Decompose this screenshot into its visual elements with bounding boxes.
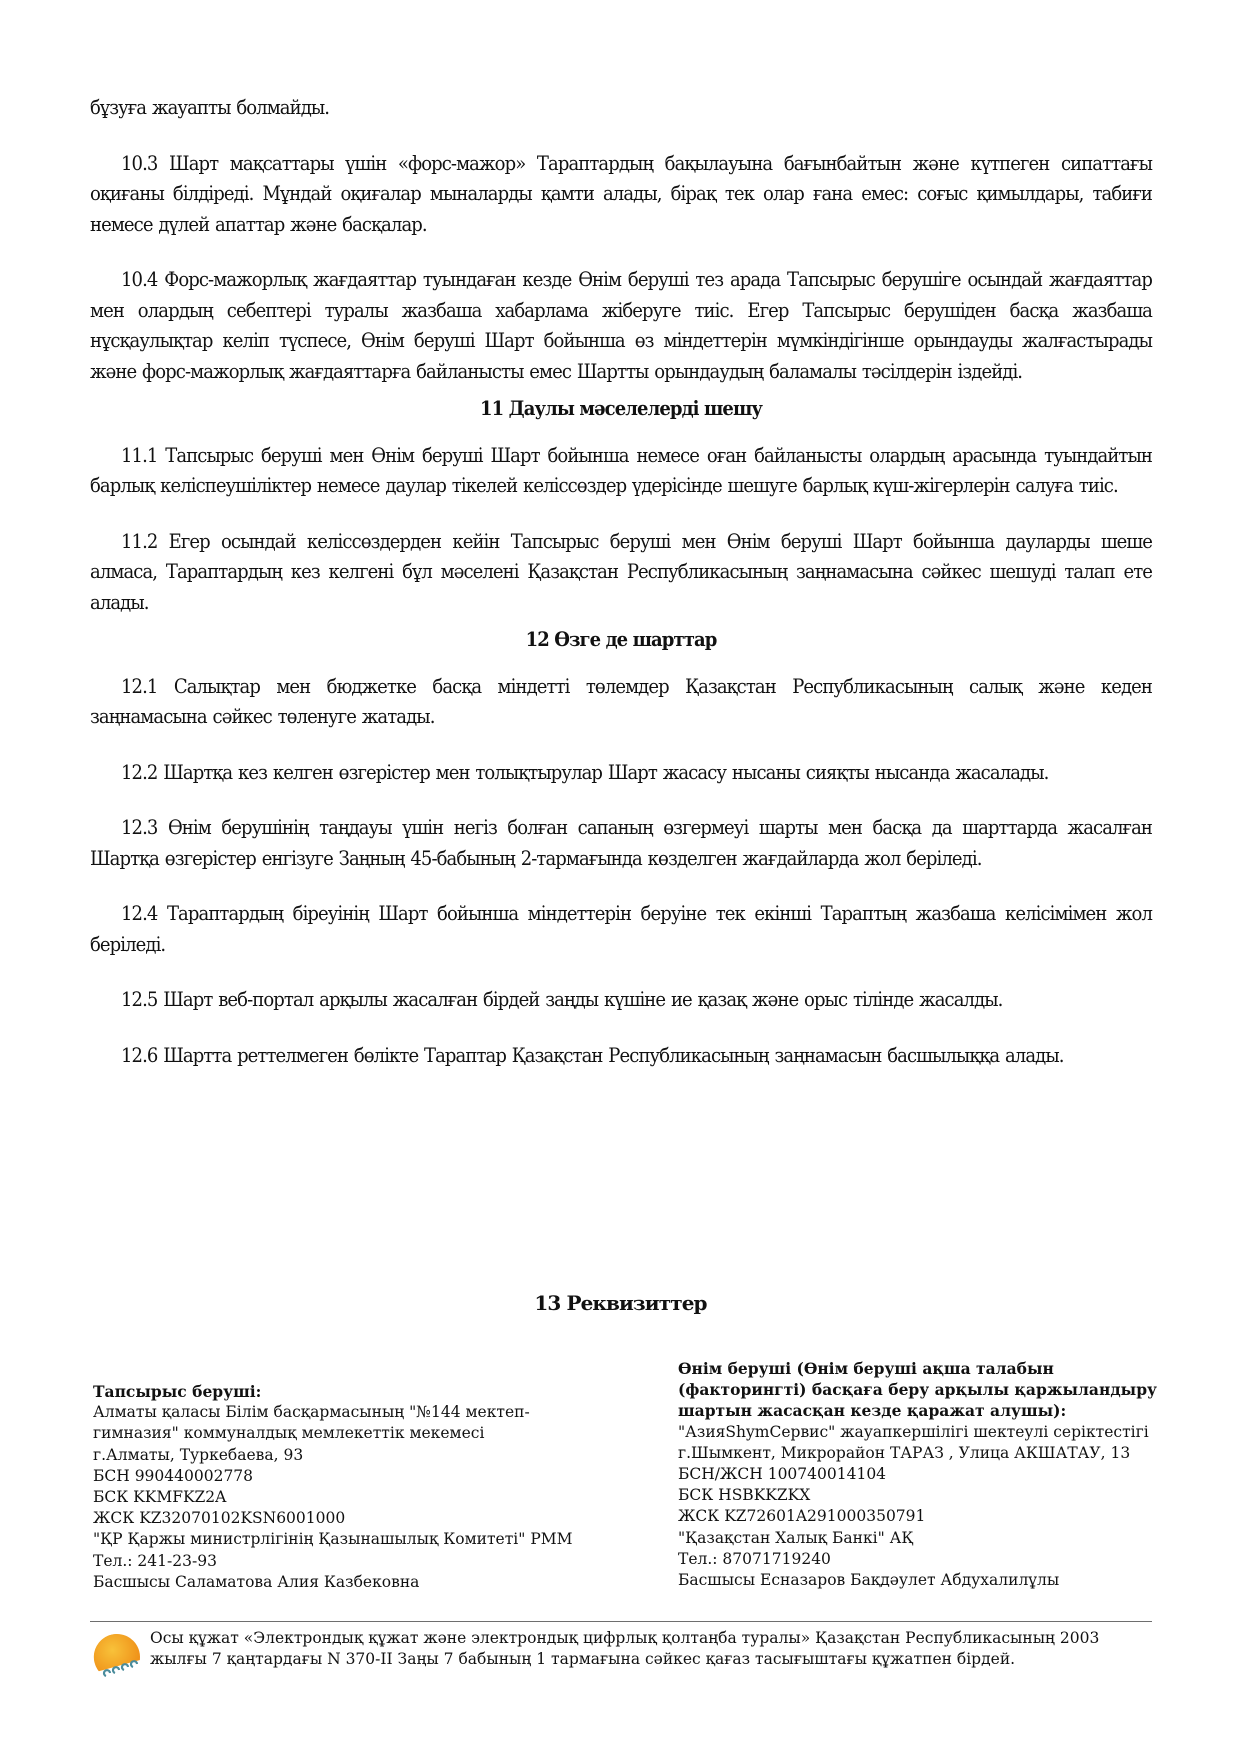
paragraph-12-6: 12.6 Шартта реттелмеген бөлікте Тараптар…: [90, 1040, 1152, 1071]
paragraph-12-5: 12.5 Шарт веб-портал арқылы жасалған бір…: [90, 984, 1152, 1015]
supplier-line: Басшысы Есназаров Бақдәулет Абдухалилұлы: [678, 1570, 1158, 1591]
customer-line: г.Алматы, Туркебаева, 93: [93, 1445, 573, 1466]
paragraph-11-2: 11.2 Егер осындай келіссөздерден кейін Т…: [90, 526, 1152, 618]
document-page: бұзуға жауапты болмайды. 10.3 Шарт мақса…: [0, 0, 1241, 1754]
paragraph-10-4: 10.4 Форс-мажорлық жағдаяттар туындаған …: [90, 264, 1152, 386]
customer-line: ЖСК KZ32070102KSN6001000: [93, 1508, 573, 1529]
supplier-line: "АзияShymСервис" жауапкершілігі шектеулі…: [678, 1422, 1158, 1443]
customer-line: Басшысы Саламатова Алия Казбековна: [93, 1572, 573, 1593]
egov-sun-logo-icon: [92, 1632, 142, 1682]
supplier-line: БСК HSBKKZKX: [678, 1485, 1158, 1506]
paragraph-10-3: 10.3 Шарт мақсаттары үшін «форс-мажор» Т…: [90, 148, 1152, 240]
document-body: бұзуға жауапты болмайды. 10.3 Шарт мақса…: [90, 92, 1152, 1095]
customer-line: Алматы қаласы Білім басқармасының "№144 …: [93, 1402, 573, 1444]
customer-line: "ҚР Қаржы министрлігінің Қазынашылық Ком…: [93, 1529, 573, 1550]
section-heading-11: 11 Даулы мәселелерді шешу: [90, 393, 1152, 424]
customer-label: Тапсырыс беруші:: [93, 1381, 573, 1402]
paragraph-12-2: 12.2 Шартқа кез келген өзгерістер мен то…: [90, 757, 1152, 788]
supplier-line: ЖСК KZ72601A291000350791: [678, 1506, 1158, 1527]
footer-legal-note: Осы құжат «Электрондық құжат және электр…: [150, 1628, 1110, 1670]
supplier-line: БСН/ЖСН 100740014104: [678, 1464, 1158, 1485]
footer-divider: [90, 1621, 1152, 1622]
section-heading-12: 12 Өзге де шарттар: [90, 624, 1152, 655]
customer-line: БСК KKMFKZ2A: [93, 1487, 573, 1508]
supplier-line: Тел.: 87071719240: [678, 1549, 1158, 1570]
paragraph-11-1: 11.1 Тапсырыс беруші мен Өнім беруші Шар…: [90, 440, 1152, 501]
paragraph-12-4: 12.4 Тараптардың біреуінің Шарт бойынша …: [90, 898, 1152, 959]
paragraph-12-1: 12.1 Салықтар мен бюджетке басқа міндетт…: [90, 671, 1152, 732]
supplier-line: "Қазақстан Халық Банкі" АҚ: [678, 1528, 1158, 1549]
supplier-requisites: Өнім беруші (Өнім беруші ақша талабын (ф…: [678, 1358, 1158, 1591]
customer-line: БСН 990440002778: [93, 1466, 573, 1487]
paragraph-continuation: бұзуға жауапты болмайды.: [90, 92, 1152, 123]
supplier-line: г.Шымкент, Микрорайон ТАРАЗ , Улица АКША…: [678, 1443, 1158, 1464]
paragraph-12-3: 12.3 Өнім берушінің таңдауы үшін негіз б…: [90, 812, 1152, 873]
supplier-label: Өнім беруші (Өнім беруші ақша талабын (ф…: [678, 1358, 1158, 1422]
customer-requisites: Тапсырыс беруші: Алматы қаласы Білім бас…: [93, 1381, 573, 1593]
customer-line: Тел.: 241-23-93: [93, 1551, 573, 1572]
section-heading-13: 13 Реквизиттер: [0, 1291, 1241, 1315]
